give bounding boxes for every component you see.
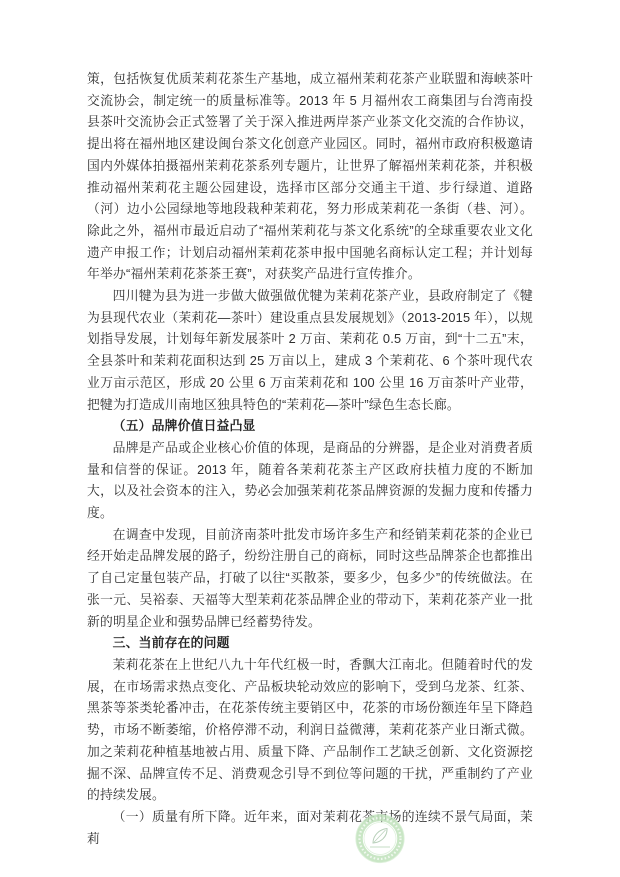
paragraph-fuzhou-policy: 策，包括恢复优质茉莉花茶生产基地，成立福州茉莉花茶产业联盟和海峡茶叶交流协会，制… [87,68,533,285]
paragraph-quality-decline: （一）质量有所下降。近年来，面对茉莉花茶市场的连续不景气局面，茉莉 [87,806,533,849]
section-heading-brand-value: （五）品牌价值日益凸显 [87,415,533,437]
watermark-inner-circle [364,823,396,855]
document-page: 策，包括恢复优质茉莉花茶生产基地，成立福州茉莉花茶产业联盟和海峡茶叶交流协会，制… [0,0,620,877]
paragraph-jinan-brands: 在调查中发现，目前济南茶叶批发市场许多生产和经销茉莉花茶的企业已经开始走品牌发展… [87,524,533,633]
section-heading-current-problems: 三、当前存在的问题 [87,632,533,654]
leaf-seal-icon [354,812,406,866]
paragraph-sichuan-qianwei: 四川犍为县为进一步做大做强做优犍为茉莉花茶产业，县政府制定了《犍为县现代农业（茉… [87,285,533,415]
paragraph-brand-meaning: 品牌是产品或企业核心价值的体现，是商品的分辨器，是企业对消费者质量和信誉的保证。… [87,437,533,524]
document-body: 策，包括恢复优质茉莉花茶生产基地，成立福州茉莉花茶产业联盟和海峡茶叶交流协会，制… [87,68,533,849]
paragraph-market-decline: 茉莉花茶在上世纪八九十年代红极一时，香飘大江南北。但随着时代的发展，在市场需求热… [87,654,533,806]
leaf-seal-watermark [354,812,406,866]
